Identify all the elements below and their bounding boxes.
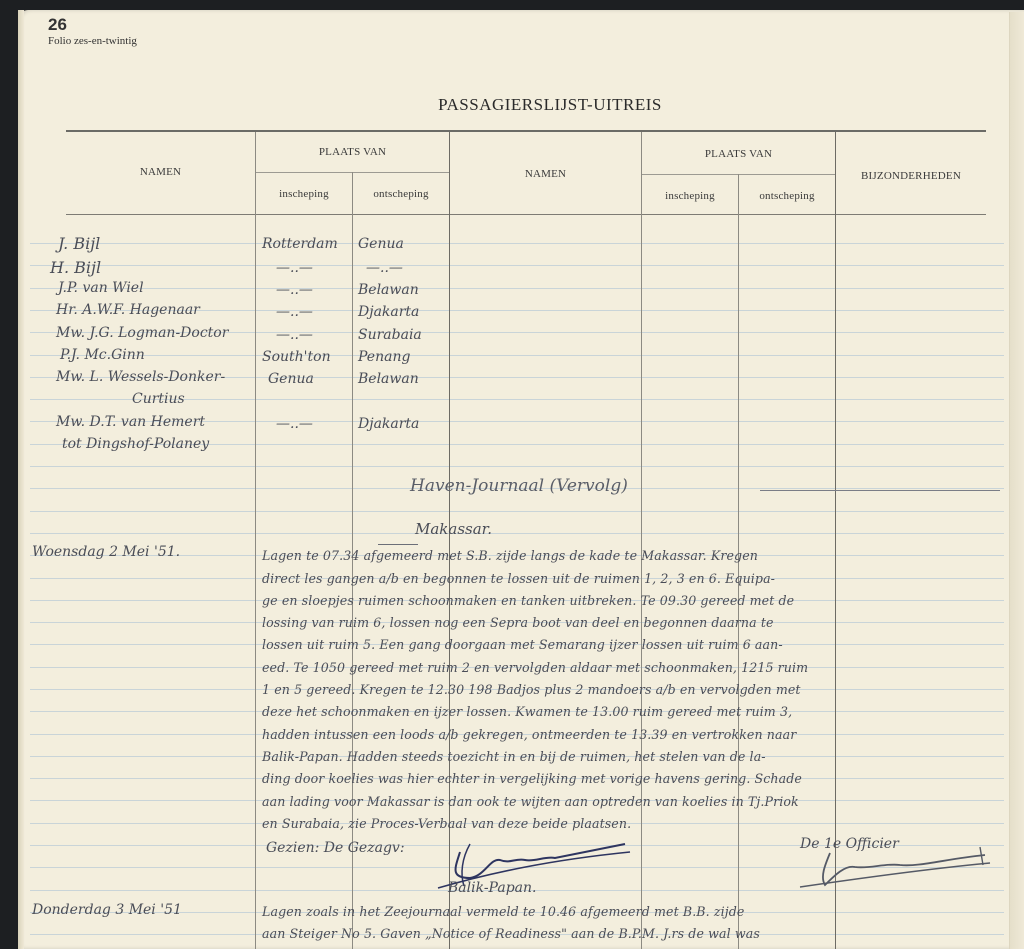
text-line: 1 en 5 gereed. Kregen te 12.30 198 Badjo… — [262, 682, 801, 697]
header-ontscheping-left: ontscheping — [353, 188, 449, 200]
passenger-disembark: Genua — [358, 236, 404, 252]
passenger-embark: —..— — [276, 282, 313, 298]
passenger-embark: —..— — [276, 304, 313, 320]
signature-label-left: Gezien: De Gezagv: — [266, 840, 405, 856]
passenger-embark: Rotterdam — [262, 236, 338, 252]
ruled-line — [30, 466, 1004, 467]
text-line: aan Steiger No 5. Gaven „Notice of Readi… — [262, 926, 760, 941]
passenger-disembark: Djakarta — [358, 304, 419, 320]
passenger-name: H. Bijl — [50, 258, 101, 277]
passenger-disembark: Belawan — [358, 282, 419, 298]
text-line: Lagen te 07.34 afgemeerd met S.B. zijde … — [262, 548, 758, 563]
entry-place: Balik-Papan. — [448, 880, 536, 896]
passenger-name: J.P. van Wiel — [58, 280, 144, 296]
passenger-disembark: Belawan — [358, 371, 419, 387]
passenger-disembark: Surabaia — [358, 327, 422, 343]
text-line: ding door koelies was hier echter in ver… — [262, 771, 802, 786]
header-bijzonderheden: BIJZONDERHEDEN — [836, 170, 986, 182]
ruled-line — [30, 533, 1004, 534]
entry-date: Donderdag 3 Mei '51 — [32, 902, 182, 918]
text-line: direct les gangen a/b en begonnen te los… — [262, 571, 775, 586]
passenger-embark: Genua — [268, 371, 314, 387]
passenger-name: Mw. D.T. van Hemert — [56, 414, 205, 430]
text-line: hadden intussen een loods a/b gekregen, … — [262, 727, 796, 742]
text-line: deze het schoonmaken en ijzer lossen. Kw… — [262, 704, 792, 719]
header-inscheping-left: inscheping — [256, 188, 352, 200]
ruled-line — [30, 355, 1004, 356]
page-title: PASSAGIERSLIJST-UITREIS — [350, 95, 730, 115]
ruled-line — [30, 511, 1004, 512]
header-namen-right: NAMEN — [450, 168, 641, 180]
entry-place: Makassar. — [415, 520, 492, 538]
place-underline — [378, 544, 418, 545]
journal-heading: Haven-Journaal (Vervolg) — [410, 476, 628, 496]
passenger-embark: —..— — [276, 416, 313, 432]
header-plaats-van-left: PLAATS VAN — [256, 146, 449, 158]
folio-text: Folio zes-en-twintig — [48, 35, 137, 47]
passenger-name: tot Dingshof-Polaney — [62, 436, 209, 452]
header-ontscheping-right: ontscheping — [739, 190, 835, 202]
text-line: en Surabaia, zie Proces-Verbaal van deze… — [262, 816, 631, 831]
passenger-embark: South'ton — [262, 349, 331, 365]
header-namen-left: NAMEN — [66, 166, 255, 178]
next-page-edge — [1009, 12, 1024, 949]
passenger-name: P.J. Mc.Ginn — [60, 347, 145, 363]
text-line: Balik-Papan. Hadden steeds toezicht in e… — [262, 749, 766, 764]
passenger-name: Hr. A.W.F. Hagenaar — [56, 302, 200, 318]
text-line: ge en sloepjes ruimen schoonmaken en tan… — [262, 593, 794, 608]
col-line-1 — [255, 132, 256, 949]
text-line: lossen uit ruim 5. Een gang doorgaan met… — [262, 637, 783, 652]
header-inscheping-right: inscheping — [642, 190, 738, 202]
header-bottom-rule — [66, 214, 986, 215]
passenger-name: J. Bijl — [58, 234, 100, 253]
passenger-disembark: Djakarta — [358, 416, 419, 432]
passenger-embark: —..— — [276, 327, 313, 343]
ruled-line — [30, 243, 1004, 244]
passenger-name: Mw. J.G. Logman-Doctor — [56, 325, 228, 341]
ruled-line — [30, 288, 1004, 289]
entry-date: Woensdag 2 Mei '51. — [32, 544, 180, 560]
officer-signature — [795, 845, 995, 895]
plaats-divider-left — [256, 172, 450, 173]
col-line-6 — [835, 132, 836, 949]
passenger-name: Curtius — [132, 391, 185, 407]
header-top-rule — [66, 130, 986, 132]
text-line: eed. Te 1050 gereed met ruim 2 en vervol… — [262, 660, 808, 675]
ruled-line — [30, 265, 1004, 266]
page-binding-edge — [18, 10, 24, 949]
folio-number: 26 — [48, 15, 67, 35]
passenger-embark: —..— — [276, 260, 313, 276]
passenger-disembark: —..— — [366, 260, 403, 276]
passenger-name: Mw. L. Wessels-Donker- — [56, 369, 225, 385]
header-plaats-van-right: PLAATS VAN — [642, 148, 835, 160]
text-line: lossing van ruim 6, lossen nog een Sepra… — [262, 615, 774, 630]
heading-underline — [760, 490, 1000, 491]
text-line: aan lading voor Makassar is dan ook te w… — [262, 794, 799, 809]
passenger-disembark: Penang — [358, 349, 410, 365]
text-line: Lagen zoals in het Zeejournaal vermeld t… — [262, 904, 744, 919]
col-line-4 — [641, 132, 642, 949]
